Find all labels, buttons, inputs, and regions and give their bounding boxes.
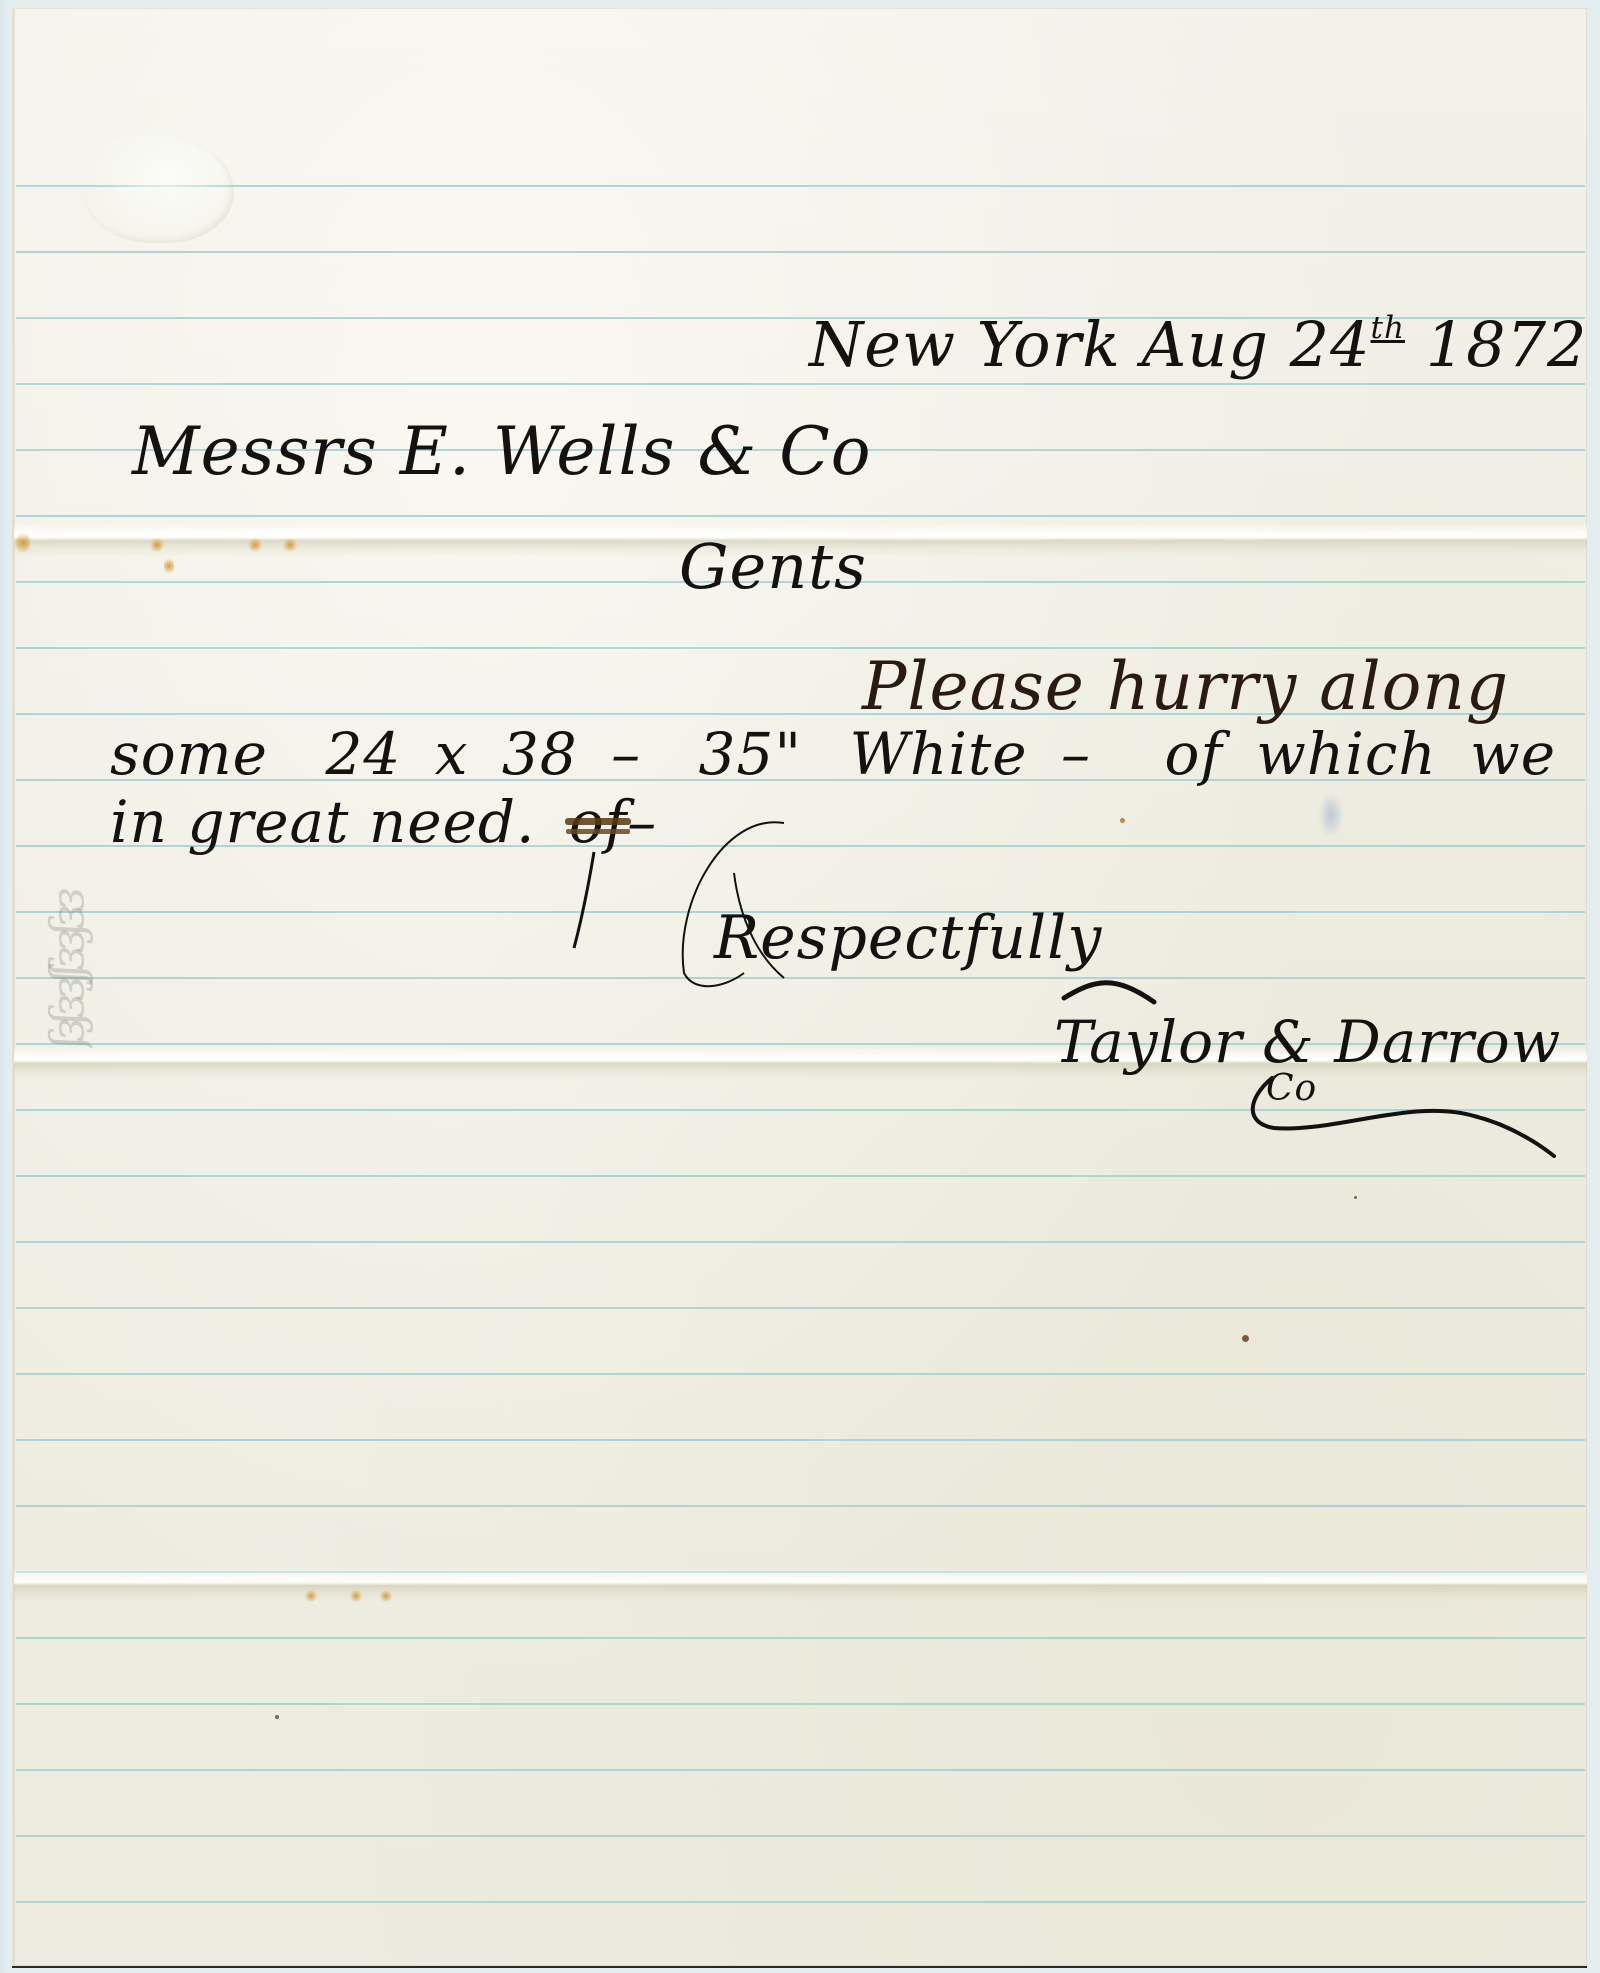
rule-line — [16, 1307, 1585, 1309]
rust-spot — [282, 538, 298, 552]
rule-line — [16, 1373, 1585, 1375]
valediction: Respectfully — [674, 823, 1102, 973]
rule-line — [16, 185, 1585, 187]
signature: Taylor & Darrow — [1054, 1008, 1561, 1076]
struck-word: of — [569, 788, 627, 856]
body-some: some — [110, 720, 268, 788]
ink-speck — [1354, 1196, 1357, 1199]
body-weight: 35" — [699, 720, 802, 788]
body-need: in great need. — [110, 788, 535, 856]
rule-line — [16, 1505, 1585, 1507]
ink-speck — [1120, 818, 1125, 823]
dateline-place: New York — [809, 308, 1121, 381]
rule-line — [16, 1835, 1585, 1837]
rule-line — [16, 1439, 1585, 1441]
embossed-stationery-seal — [84, 133, 234, 243]
rule-line — [16, 1901, 1585, 1903]
rule-line — [16, 1637, 1585, 1639]
ink-speck — [1242, 1335, 1249, 1342]
body-line-2: some 24 x 38 – 35" White – of which we a… — [110, 720, 1587, 788]
body-color: White – — [849, 720, 1091, 788]
rule-line — [16, 1769, 1585, 1771]
rule-line — [16, 383, 1585, 385]
body-rest: of which we are — [1164, 720, 1587, 788]
dateline-year: 1872 — [1426, 308, 1587, 381]
addressee: Messrs E. Wells & Co — [132, 413, 871, 490]
dateline-day: 24 — [1290, 308, 1371, 381]
rust-spot — [304, 1590, 318, 1602]
rule-line — [16, 1703, 1585, 1705]
rust-spot — [349, 1590, 363, 1602]
rule-line — [16, 515, 1585, 517]
dateline-month: Aug — [1142, 308, 1269, 381]
signature-underline-flourish — [1244, 1068, 1564, 1168]
rule-line — [16, 251, 1585, 253]
body-dash: – — [627, 788, 657, 856]
rust-spot — [247, 538, 263, 552]
rust-spot — [16, 530, 30, 556]
fold-crease — [14, 1568, 1587, 1602]
rule-line — [16, 1241, 1585, 1243]
rust-spot — [149, 538, 165, 552]
rust-spot — [379, 1590, 393, 1602]
struck-f-descender — [554, 848, 614, 958]
rust-spot — [164, 556, 174, 576]
body-line-1: Please hurry along — [862, 648, 1509, 725]
blue-ink-smudge — [1318, 792, 1344, 838]
signature-leading-flourish — [1054, 968, 1164, 1018]
dateline-day-suffix: th — [1371, 310, 1405, 346]
letter-sheet: ʃɜʃɜɜʃʃɜɜʃɜɜ New York Aug 24th 1872 Mess… — [12, 8, 1587, 1966]
body-size: 24 x 38 – — [325, 720, 641, 788]
rule-line — [16, 1175, 1585, 1177]
greeting: Gents — [679, 530, 867, 603]
ink-speck — [275, 1715, 279, 1719]
body-line-3: in great need. of– — [110, 788, 657, 856]
dateline: New York Aug 24th 1872 — [809, 308, 1587, 381]
